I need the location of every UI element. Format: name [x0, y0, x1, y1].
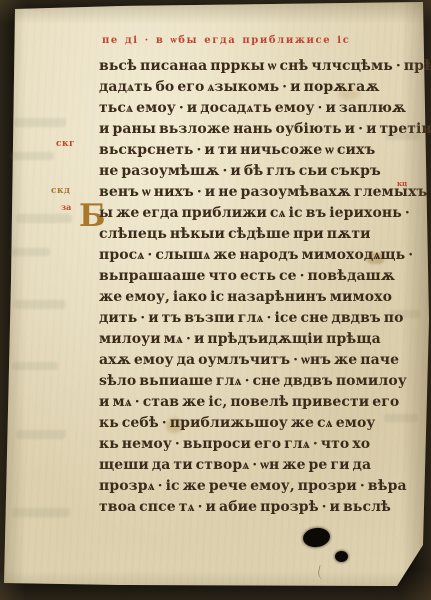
- text-line: твоа спсе тѧ · и абие прозрѣ · и вьслѣ: [99, 497, 399, 518]
- text-line: кь немоу · вьпроси его глѧ · что хо: [99, 434, 399, 455]
- text-line: слѣпець нѣкыи сѣдѣше при пѫти: [99, 224, 399, 245]
- manuscript-photo: пе ді · в ѡбы егда приближисе іс скг скд…: [0, 0, 431, 600]
- text-line: прозрѧ · іс же рече емоу, прозри · вѣра: [99, 476, 399, 497]
- text-line: просѧ · слышѧ же народъ мимоходѧщь ·: [99, 245, 399, 266]
- text-line: венъ ѡ нихъ · и не разоумѣвахѫ глемыхъ :: [99, 182, 399, 203]
- text-line: вьпрашааше что есть се · повѣдашѫ: [99, 266, 399, 287]
- text-line: дадѧть бо его ѧзыкомь · и порѫгаѫ: [99, 77, 399, 98]
- text-line: тьсѧ емоу · и досадѧть емоу · и заплюѫ: [99, 98, 399, 119]
- wormhole-small: [335, 551, 348, 562]
- text-line: кь себѣ · приближьшоу же сѧ емоу: [99, 413, 399, 434]
- text-line: же емоу, іако іс назарѣнинъ мимохо: [99, 287, 399, 308]
- margin-note-start-mark: за: [61, 202, 71, 212]
- text-line: и раны вьзложе нань оубіють и · и третіи…: [99, 119, 399, 140]
- rubric-header: пе ді · в ѡбы егда приближисе іс: [102, 35, 350, 46]
- text-line: и мѧ · став же іс, повелѣ привести его: [99, 392, 399, 413]
- text-line: вьсѣ писанаа прркы ѡ снѣ члчсцѣмь · прѣ: [99, 56, 399, 77]
- margin-note-zachalo: скг: [56, 139, 75, 149]
- text-line: ы же егда приближи сѧ іс въ іерихонь ·: [99, 203, 399, 224]
- text-line: милоуи мѧ · и прѣдъидѫщіи прѣща: [99, 329, 399, 350]
- text-line: не разоумѣшѫ · и бѣ глъ сьи съкръ: [99, 161, 399, 182]
- text-line: дить · и тъ възпи глѧ · ісе сне двдвъ по: [99, 308, 399, 329]
- text-block: вьсѣ писанаа прркы ѡ снѣ члчсцѣмь · прѣ …: [99, 56, 399, 518]
- margin-note-zachalo-ochre: скд: [51, 186, 70, 196]
- text-line: ѕѣло вьпиаше глѧ · сне двдвъ помилоу: [99, 371, 399, 392]
- text-line: ахѫ емоу да оумлъчитъ · ѡнъ же паче: [99, 350, 399, 371]
- text-line: вьскрснеть · и ти ничьсоже ѡ сихъ: [99, 140, 399, 161]
- text-line: щеши да ти створѧ · ѡн же ре ги да: [99, 455, 399, 476]
